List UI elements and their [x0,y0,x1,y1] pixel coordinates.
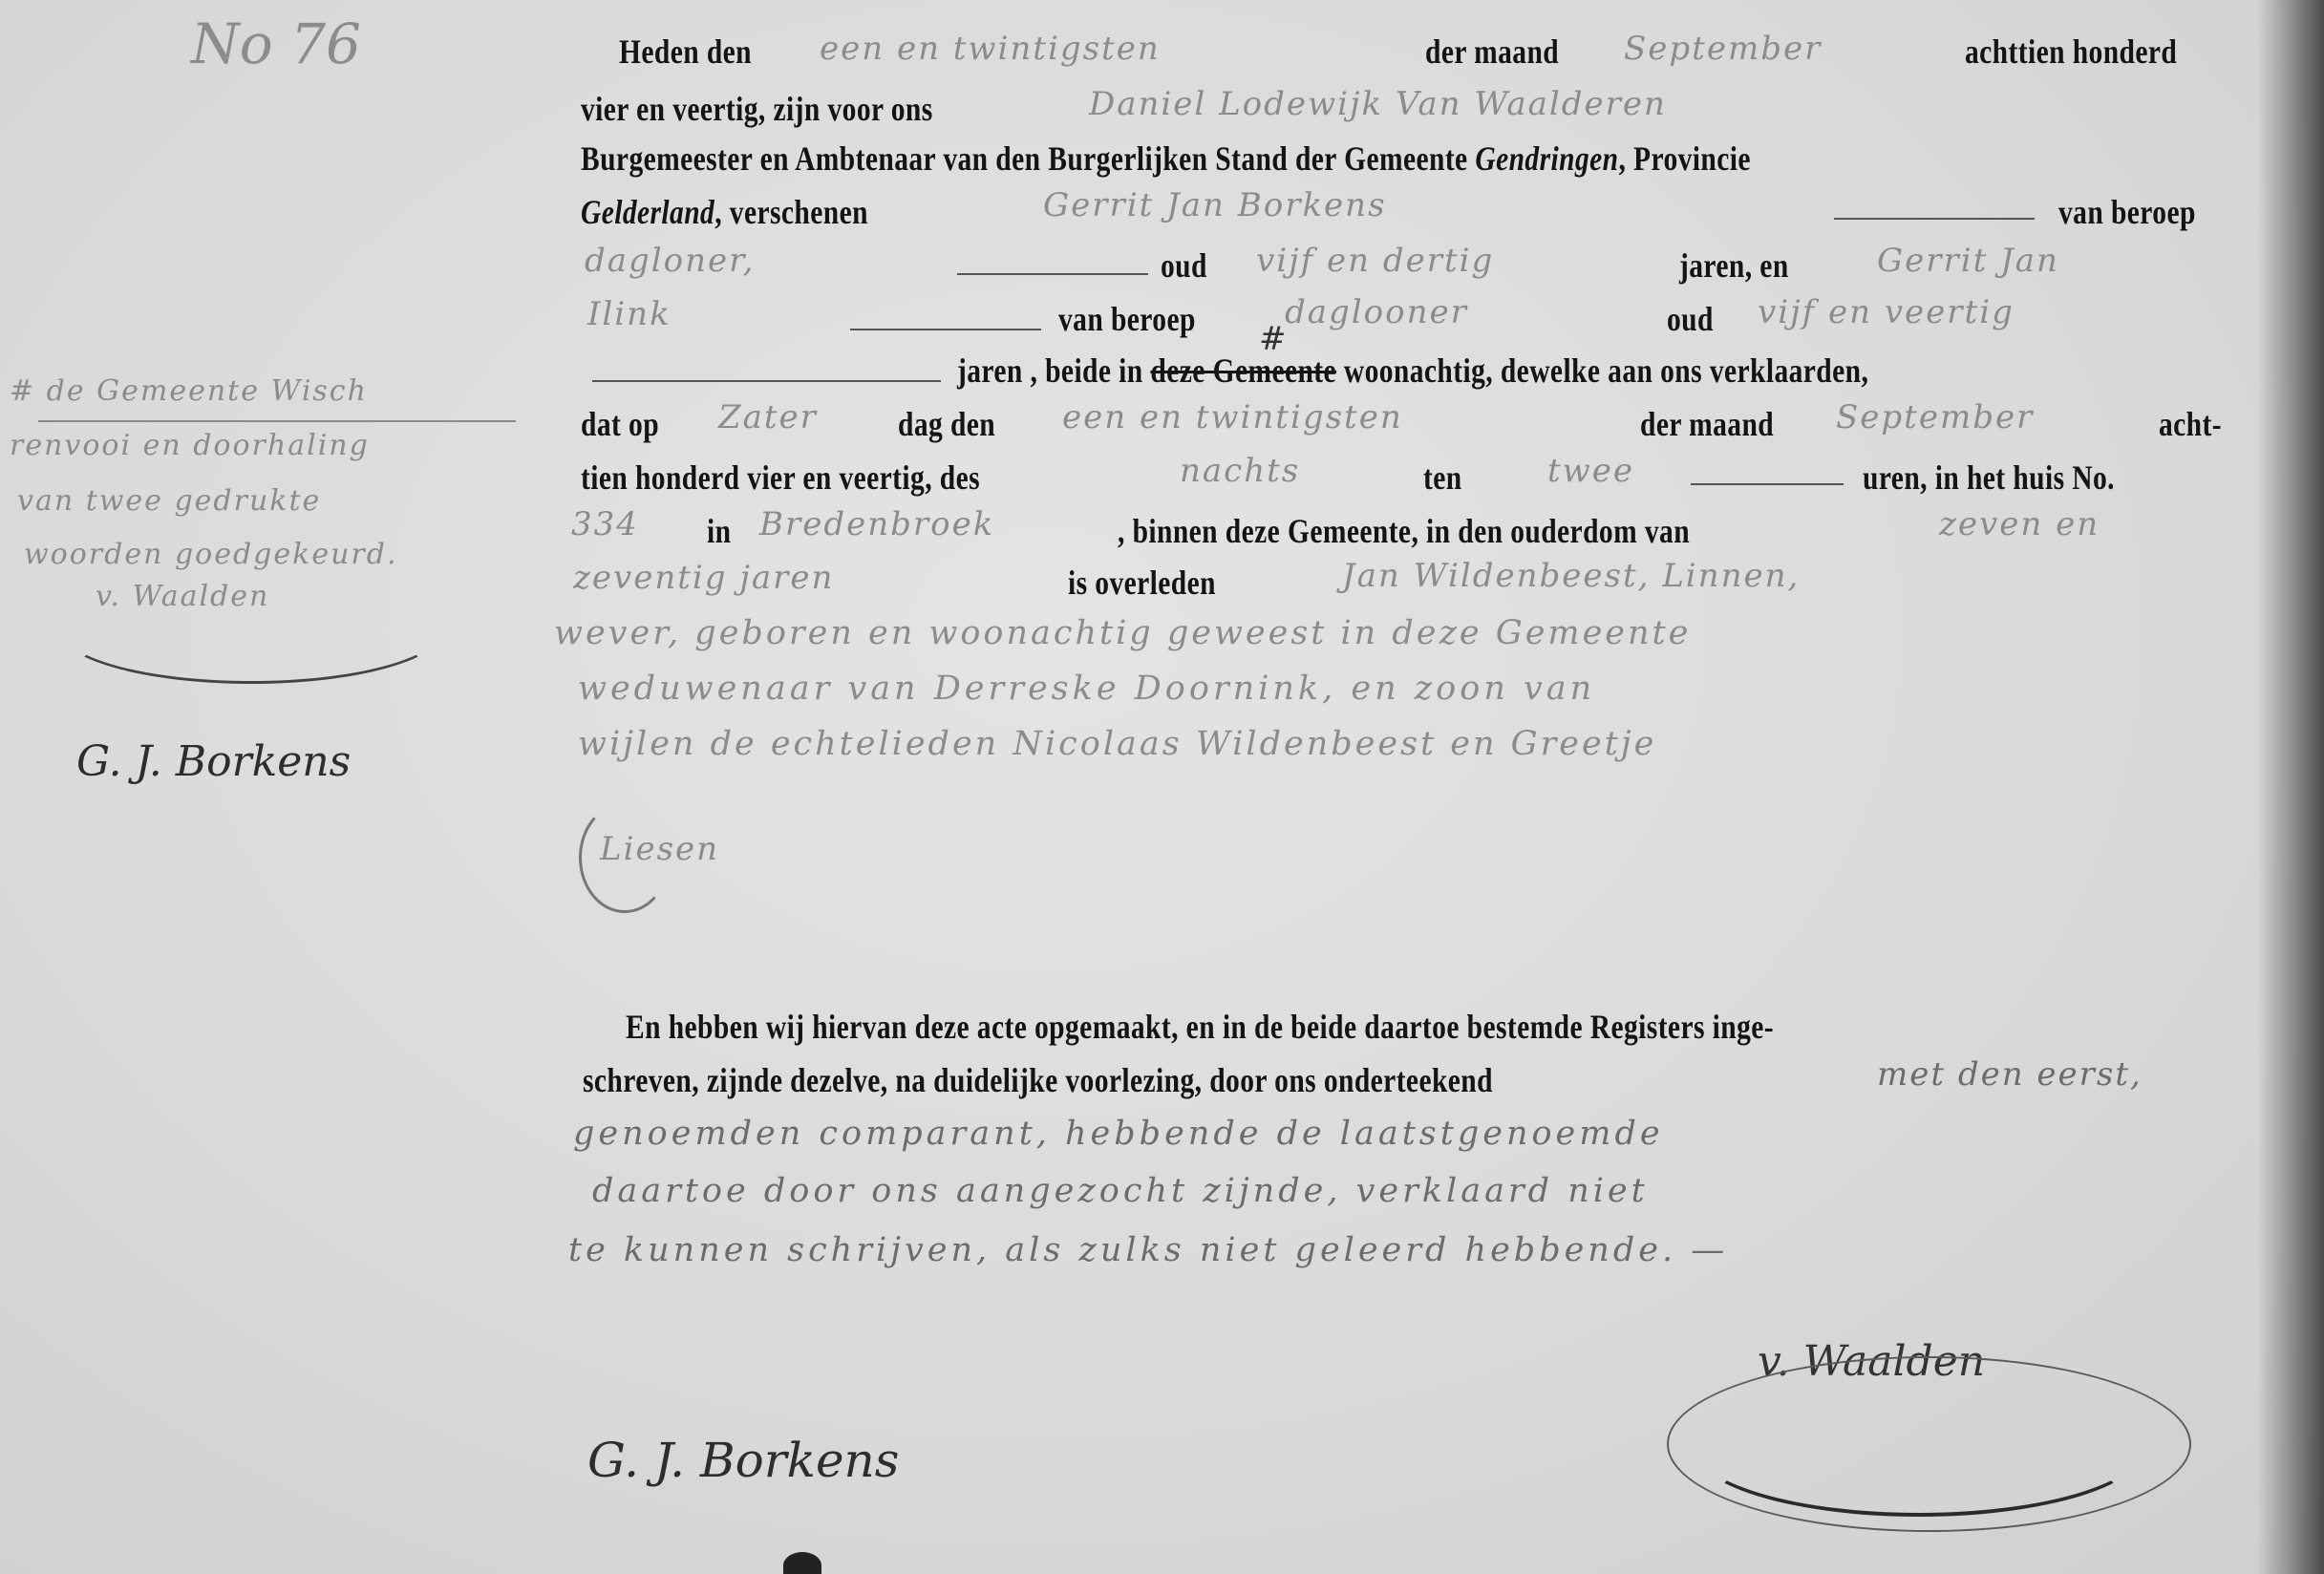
record-number: No 76 [191,11,361,76]
handwritten-closing: genoemden comparant, hebbende de laatstg… [573,1117,1664,1151]
handwritten-declarant-2: Gerrit Jan [1877,245,2059,277]
handwritten-closing: met den eerst, [1877,1058,2143,1091]
flourish-stroke [579,802,671,913]
printed-text: van beroep [1058,302,1196,336]
printed-text: dag den [898,407,995,441]
blank-line [1691,483,1844,485]
handwritten-deceased-details: wever, geboren en woonachtig geweest in … [554,617,1691,650]
printed-text: van beroep [2058,195,2196,229]
printed-text: der maand [1640,407,1774,441]
margin-underline [38,420,516,422]
blank-line [957,273,1148,275]
margin-note-line: # de Gemeente Wisch [10,377,368,406]
handwritten-weekday: Zater [718,401,818,434]
printed-text: Gelderland, verschenen [581,195,868,229]
printed-text: oud [1161,248,1207,283]
margin-signature-declarant: G. J. Borkens [76,737,351,786]
handwritten-death-day: een en twintigsten [1062,401,1403,434]
printed-text: vier en veertig, zijn voor ons [581,92,933,126]
blank-line [592,380,941,382]
body-line-1: Heden den [619,34,781,69]
printed-text: jaren , beide in deze Gemeente woonachti… [957,353,1868,388]
handwritten-month: September [1624,32,1822,65]
handwritten-closing: te kunnen schrijven, als zulks niet gele… [568,1234,1728,1267]
printed-text: in [707,514,731,548]
printed-text: uren, in het huis No. [1863,460,2115,495]
printed-text: dat op [581,407,659,441]
printed-closing-text: schreven, zijnde dezelve, na duidelijke … [583,1063,1493,1097]
handwritten-spouse: weduwenaar van Derreske Doornink, en zoo… [578,672,1595,706]
civil-register-page: No 76 Heden den een en twintigsten der m… [0,0,2324,1574]
margin-note-line: renvooi en doorhaling [10,432,370,460]
printed-text: acht- [2159,407,2222,441]
blank-line [1834,218,2035,220]
handwritten-mayor-name: Daniel Lodewijk Van Waalderen [1089,88,1667,120]
printed-text: der maand [1425,34,1559,69]
handwritten-age-1: vijf en dertig [1256,245,1494,277]
margin-note-line: van twee gedrukte [17,487,321,516]
margin-note-line: woorden goedgekeurd. [24,541,397,569]
handwritten-age-deceased: zeven en [1939,508,2100,541]
handwritten-house-number: 334 [571,508,639,541]
printed-text: tien honderd vier en veertig, des [581,460,980,495]
handwritten-place: Bredenbroek [759,508,994,541]
page-edge-shadow [2257,0,2324,1574]
handwritten-death-month: September [1836,401,2034,434]
printed-text: oud [1667,302,1714,336]
printed-text: ten [1423,460,1462,495]
handwritten-age-deceased-cont: zeventig jaren [573,562,834,594]
handwritten-age-2: vijf en veertig [1758,296,2015,329]
handwritten-declarant-2-surname: Ilink [587,298,672,330]
printed-text: Heden den [619,34,752,69]
registrar-paraph-stroke [1691,1375,2147,1517]
declarant-signature: G. J. Borkens [587,1433,899,1488]
handwritten-occupation-1: dagloner, [585,245,756,277]
printed-text: is overleden [1068,565,1216,600]
margin-paraph [57,573,445,684]
printed-text: Burgemeester en Ambtenaar van den Burger… [581,141,1751,176]
insertion-mark: # [1259,323,1287,355]
printed-text: , binnen deze Gemeente, in den ouderdom … [1118,514,1690,548]
handwritten-declarant-1: Gerrit Jan Borkens [1043,189,1387,222]
handwritten-day: een en twintigsten [820,32,1161,65]
handwritten-closing: daartoe door ons aangezocht zijnde, verk… [592,1175,1649,1208]
handwritten-occupation-2: daglooner [1285,296,1468,329]
handwritten-parents: wijlen de echtelieden Nicolaas Wildenbee… [578,728,1656,761]
ink-blot [783,1552,821,1574]
printed-text: achttien honderd [1965,34,2177,69]
printed-text: jaren, en [1679,248,1789,283]
blank-line [850,329,1041,330]
handwritten-time-of-day: nachts [1180,455,1300,487]
handwritten-hour: twee [1547,455,1634,487]
struck-words: deze Gemeente [1150,351,1336,390]
handwritten-deceased-name: Jan Wildenbeest, Linnen, [1342,560,1800,592]
printed-closing-text: En hebben wij hiervan deze acte opgemaak… [626,1010,1774,1044]
